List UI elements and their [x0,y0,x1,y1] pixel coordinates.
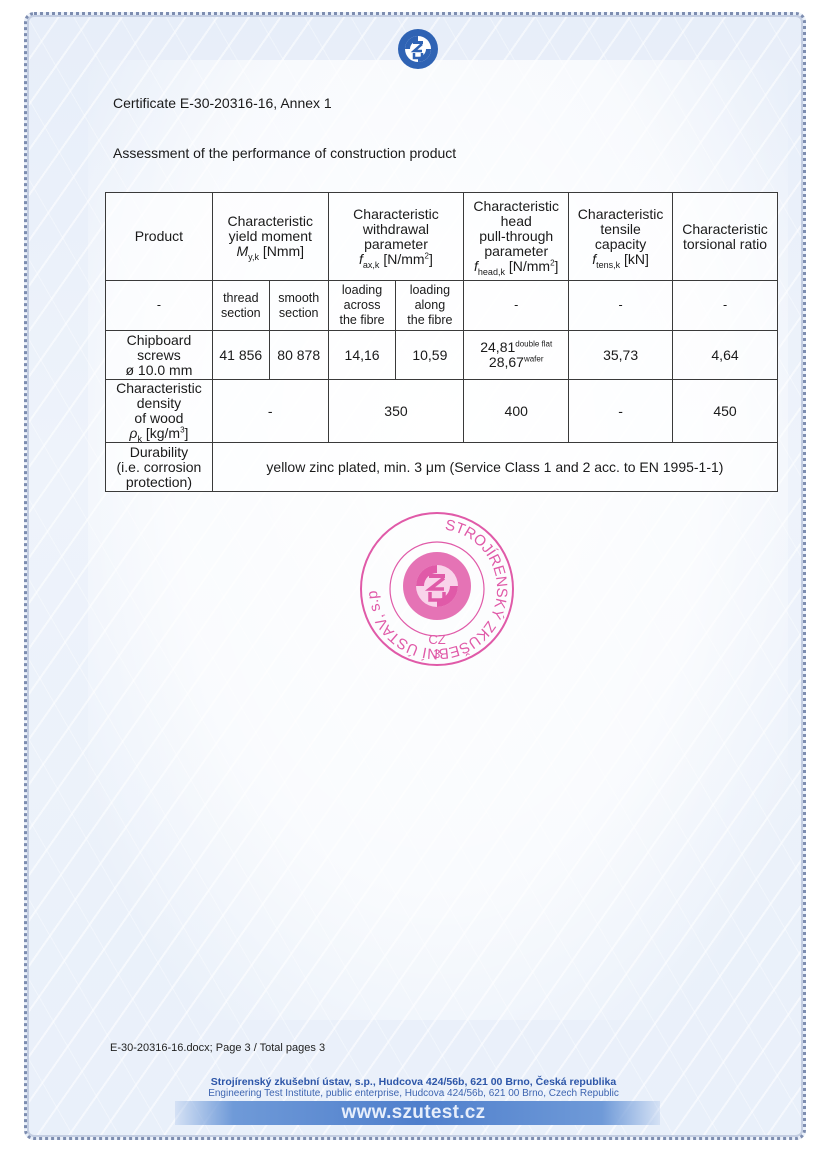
durability-value: yellow zinc plated, min. 3 μm (Service C… [212,443,777,492]
footer-website-link[interactable]: www.szutest.cz [0,1102,827,1124]
subheader-torsional: - [673,281,778,331]
section-title: Assessment of the performance of constru… [113,145,456,161]
durability-label: Durability(i.e. corrosionprotection) [106,443,213,492]
header-product: Product [106,193,213,281]
density-label: Characteristic density of wood ρk [kg/m3… [106,380,213,443]
footer-address-cz: Strojírenský zkušební ústav, s.p., Hudco… [0,1076,827,1088]
header-pull-through: Characteristic head pull-through paramet… [464,193,569,281]
value-torsional: 4,64 [673,331,778,380]
header-yield-moment: Characteristic yield moment My,k [Nmm] [212,193,328,281]
szu-logo-icon [396,27,440,71]
certificate-title: Certificate E-30-20316-16, Annex 1 [113,95,332,111]
subheader-thread-section: threadsection [212,281,269,331]
density-tensile: - [569,380,673,443]
table-row-chipboard-screws: Chipboardscrewsø 10.0 mm 41 856 80 878 1… [106,331,778,380]
table-header-row: Product Characteristic yield moment My,k… [106,193,778,281]
footer-address-en: Engineering Test Institute, public enter… [0,1088,827,1099]
table-subheader-row: - threadsection smoothsection loadingacr… [106,281,778,331]
subheader-product: - [106,281,213,331]
footer-document-info: E-30-20316-16.docx; Page 3 / Total pages… [110,1042,325,1054]
value-thread-section: 41 856 [212,331,269,380]
value-pull-through: 24,81double flat 28,67wafer [464,331,569,380]
header-withdrawal-parameter: Characteristic withdrawal parameter fax,… [328,193,464,281]
density-withdrawal: 350 [328,380,464,443]
value-tensile: 35,73 [569,331,673,380]
value-along-fibre: 10,59 [396,331,464,380]
performance-table: Product Characteristic yield moment My,k… [105,192,778,492]
svg-text:3: 3 [434,647,441,661]
header-torsional-ratio: Characteristic torsional ratio [673,193,778,281]
density-pull-through: 400 [464,380,569,443]
header-tensile-capacity: Characteristic tensile capacity ftens,k … [569,193,673,281]
table-row-density: Characteristic density of wood ρk [kg/m3… [106,380,778,443]
table-row-durability: Durability(i.e. corrosionprotection) yel… [106,443,778,492]
density-yield-moment: - [212,380,328,443]
stamp-logo-icon [403,552,471,620]
subheader-tensile: - [569,281,673,331]
subheader-pull-through: - [464,281,569,331]
svg-text:CZ: CZ [428,632,445,647]
value-across-fibre: 14,16 [328,331,396,380]
subheader-along-fibre: loadingalongthe fibre [396,281,464,331]
density-torsional: 450 [673,380,778,443]
official-stamp: STROJÍRENSKÝ ZKUŠEBNÍ ÚSTAV, s.p. CZ 3 [358,510,516,668]
product-label: Chipboardscrewsø 10.0 mm [106,331,213,380]
subheader-smooth-section: smoothsection [269,281,328,331]
value-smooth-section: 80 878 [269,331,328,380]
subheader-across-fibre: loadingacrossthe fibre [328,281,396,331]
